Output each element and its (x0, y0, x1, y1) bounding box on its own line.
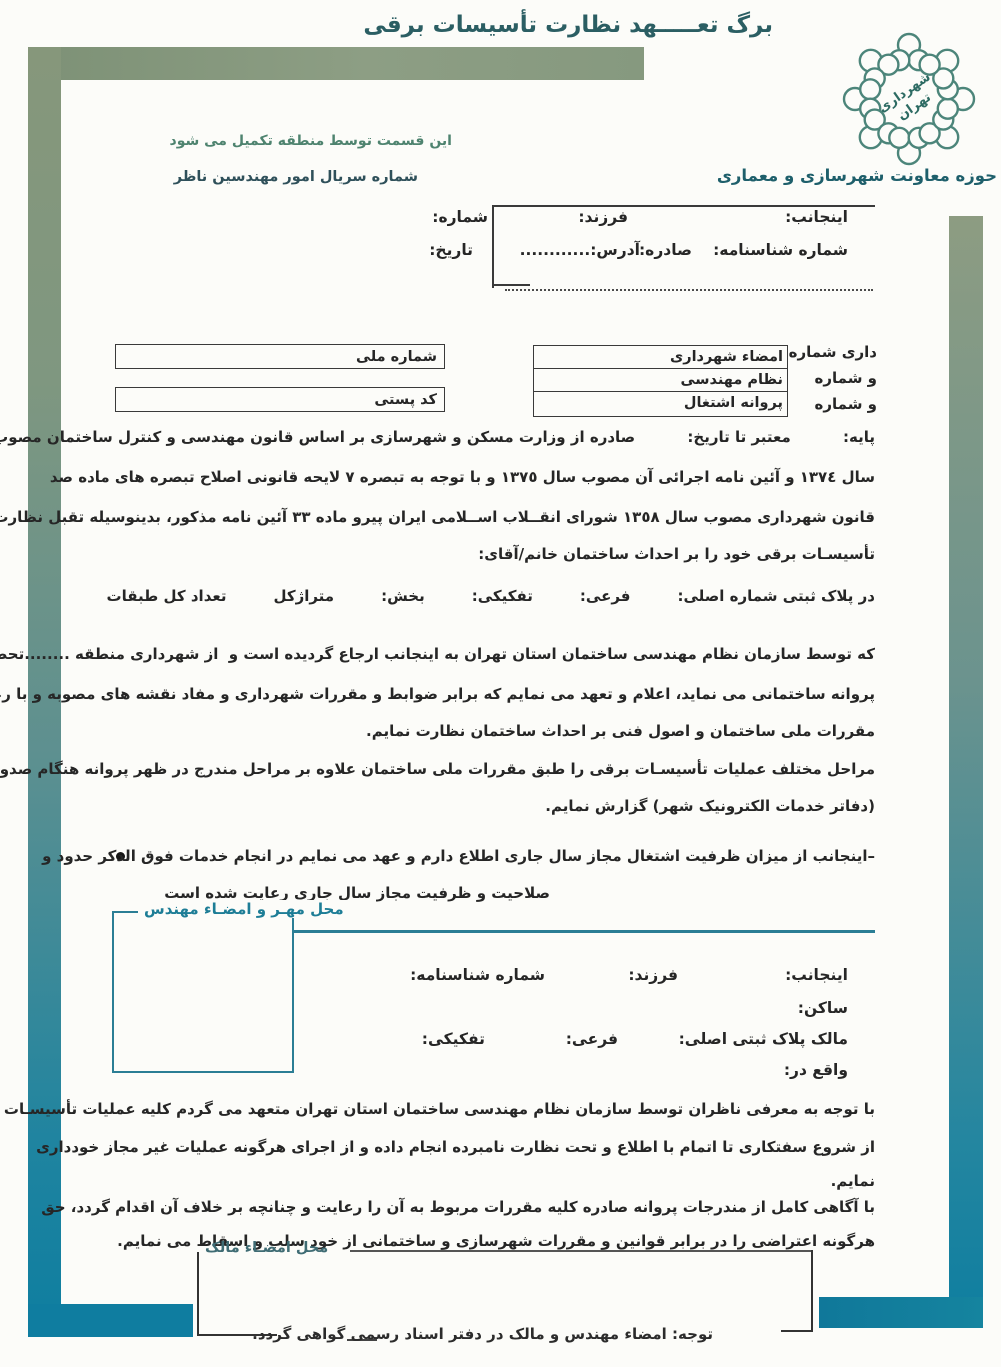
commitment-line-3: قانون شهرداری مصوب سال ١٣٥٨ شورای انقــل… (0, 508, 875, 526)
id-card-number-label: شماره شناسنامه: (713, 241, 848, 259)
plot-registration-line: در پلاک ثبتی شماره اصلی: فرعی: تفکیکی: ب… (107, 587, 875, 605)
owner-signature-right-border (811, 1250, 813, 1332)
father-name-label: فرزند: (578, 208, 628, 226)
tehran-municipality-logo-icon: شهرداری تهران (839, 26, 979, 168)
referral-line-3: مقررات ملی ساختمان و اصول فنی بر احداث س… (366, 722, 875, 740)
engineer-seal-box-title: محل مهـر و امضـاء مهندس (138, 900, 350, 918)
owner-signature-label: محل امضـاء مالک (205, 1240, 328, 1256)
number-label: شماره: (432, 208, 488, 226)
owner-signature-left-border (197, 1252, 199, 1336)
commitment-line-1: پایه: معتبر تا تاریخ: صادره از وزارت مسک… (0, 428, 875, 446)
owner-signature-top-line (350, 1250, 812, 1252)
footer-note: توجه: امضاء مهندس و مالک در دفتر اسناد ر… (252, 1325, 713, 1343)
owner-commitment-line-4: با آگاهی کامل از مندرجات پروانه صادره کل… (41, 1198, 875, 1216)
referral-line-1: که توسط سازمان نظام مهندسی ساختمان استان… (0, 645, 875, 663)
scanned-form-page: برگ تعـــــهد نظارت تأسیسات برقی شهرداری… (0, 0, 1001, 1367)
postal-code-field[interactable]: کد پستی (115, 387, 445, 412)
stages-line-1: مراحل مختلف عملیات تأسیسـات برقی را طبق … (0, 760, 875, 778)
frame-bottom-right-band (819, 1297, 983, 1328)
applicant-label: اینجانب: (785, 208, 848, 226)
owner-applicant-label: اینجانب: (785, 966, 848, 984)
frame-right-band (949, 216, 983, 1328)
engineering-org-row[interactable]: نظام مهندسی (534, 369, 787, 392)
and-number-label-2: و شماره (815, 395, 877, 413)
stages-line-2: (دفاتر خدمات الکترونیک شهر) گزارش نمایم. (545, 797, 875, 815)
address-label: آدرس:............ (520, 241, 640, 259)
owner-signature-right-stub (781, 1330, 813, 1332)
owner-commitment-line-2: از شروع سفتکاری تا اتمام با اطلاع و تحت … (36, 1138, 875, 1156)
municipality-signature-row[interactable]: امضاء شهرداری (534, 346, 787, 369)
capacity-bullet-line-1: –اینجانب از میزان ظرفیت اشتغال مجاز سال … (42, 847, 875, 865)
address-dotted-line[interactable] (505, 277, 873, 291)
owner-commitment-line-1: با توجه به معرفی ناظران توسط سازمان نظام… (0, 1100, 875, 1118)
department-subtitle: حوزه معاونت شهرسازی و معماری (717, 166, 997, 185)
owner-located-label: واقع در: (784, 1061, 848, 1079)
frame-bottom-left-band (28, 1304, 193, 1337)
commitment-line-4: تأسیسـات برقی خود را بر احداث ساختمان خا… (478, 545, 875, 563)
issued-at-label: صادره: (639, 241, 692, 259)
section-divider-rule (292, 930, 875, 933)
page-title: برگ تعـــــهد نظارت تأسیسات برقی (363, 12, 773, 38)
commitment-line-2: سال ١٣٧٤ و آئین نامه اجرائی آن مصوب سال … (50, 468, 875, 486)
and-number-label-1: و شماره (815, 369, 877, 387)
referral-line-2: پروانه ساختمانی می نماید، اعلام و تعهد م… (0, 685, 875, 703)
owner-resident-label: ساکن: (798, 999, 848, 1017)
national-id-field[interactable]: شماره ملی (115, 344, 445, 369)
owner-id-card-label: شماره شناسنامه: (410, 966, 545, 984)
district-note: این قسمت توسط منطقه تکمیل می شود (170, 133, 452, 149)
owner-plot-label: مالک پلاک ثبتی اصلی: (679, 1030, 848, 1048)
engineer-seal-box[interactable] (112, 911, 294, 1073)
date-label: تاریخ: (429, 241, 473, 259)
frame-top-band (28, 47, 644, 80)
work-permit-row[interactable]: پروانه اشتغال (534, 392, 787, 414)
serial-number-label: شماره سریال امور مهندسین ناظر (174, 169, 418, 185)
owner-partition-label: تفکیکی: (422, 1030, 485, 1048)
registration-numbers-table: امضاء شهرداری نظام مهندسی پروانه اشتغال (533, 345, 788, 417)
has-number-label: داری شماره (789, 343, 877, 361)
owner-father-name-label: فرزند: (628, 966, 678, 984)
owner-commitment-line-3: نمایم. (831, 1172, 875, 1190)
owner-sub-plot-label: فرعی: (566, 1030, 618, 1048)
